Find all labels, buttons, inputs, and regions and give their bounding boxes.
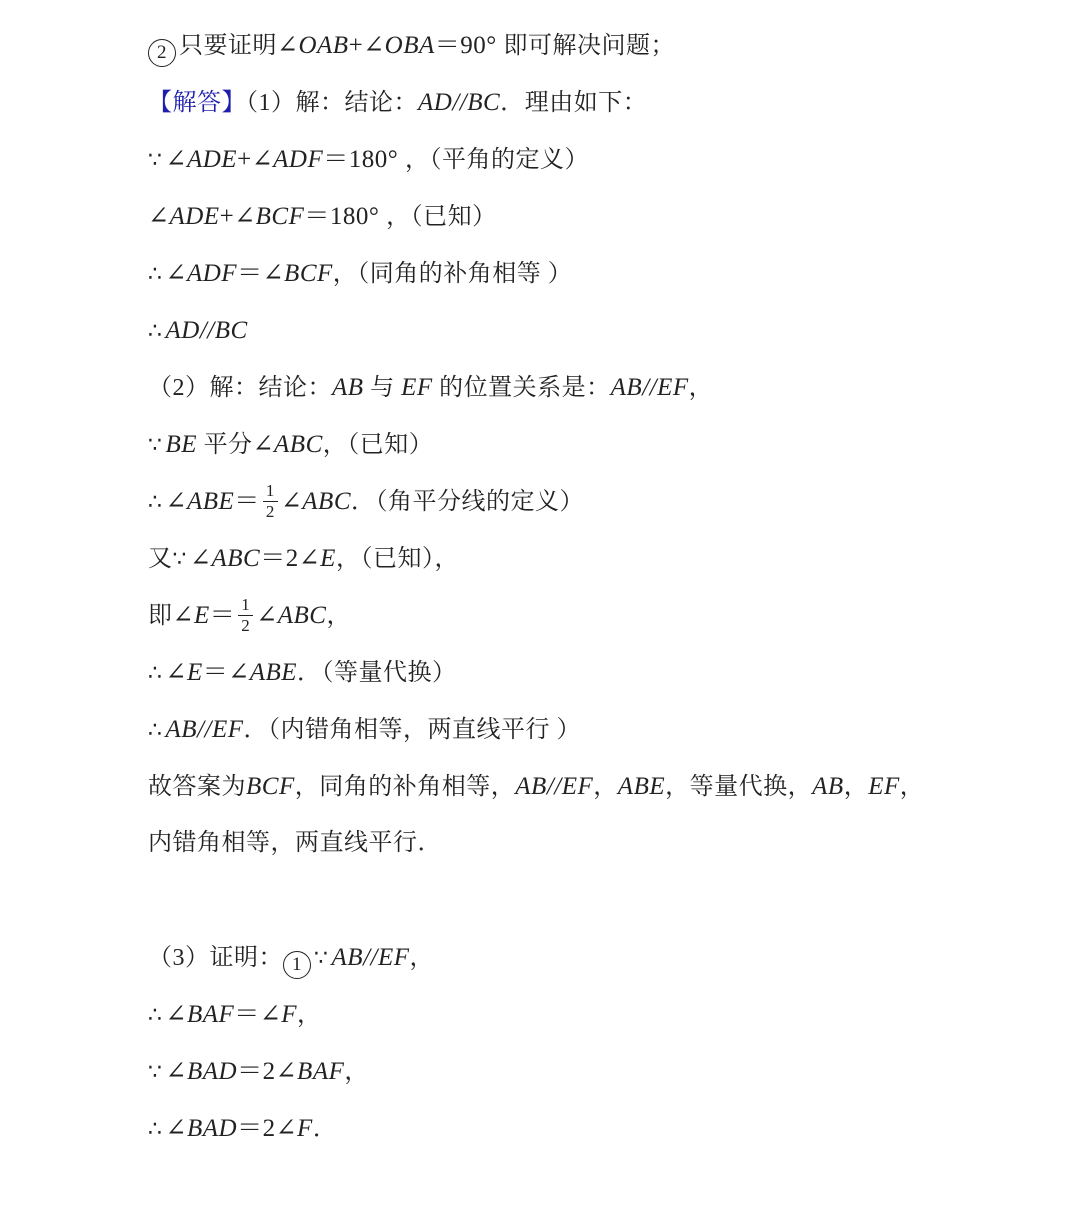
circled-number: 2 <box>148 39 176 67</box>
text-line: ∴∠BAF＝∠F， <box>148 986 1060 1043</box>
math-expression: ∠ADF＝∠BCF <box>166 260 333 287</box>
logic-symbol: ∵ <box>148 148 163 173</box>
logic-symbol: ∴ <box>148 490 163 515</box>
text-line: 内错角相等，两直线平行． <box>148 815 1060 872</box>
text-run: （1）解：结论： <box>246 90 418 116</box>
text-line: ∠ADE+∠BCF＝180° ，（已知） <box>148 188 1060 245</box>
math-expression: AB//EF <box>611 374 689 401</box>
logic-symbol: ∵ <box>173 547 188 572</box>
text-line: ∴AD//BC <box>148 302 1060 359</box>
text-line <box>148 872 1060 929</box>
math-expression: BCF <box>246 773 295 800</box>
math-expression: ∠E＝ <box>173 602 236 629</box>
text-run: 即可解决问题； <box>504 33 676 59</box>
answer-label: 【解答】 <box>148 90 246 116</box>
text-run: ， <box>593 774 618 800</box>
text-run: ，（同角的补角相等 ） <box>333 261 573 287</box>
math-expression: AB <box>332 374 364 401</box>
math-expression: ∠ABC＝2∠E <box>190 545 336 572</box>
text-run: ， <box>326 603 351 629</box>
logic-symbol: ∵ <box>148 433 163 458</box>
text-run: ．（内错角相等，两直线平行 ） <box>244 717 582 743</box>
text-run: 即 <box>148 603 173 629</box>
math-expression: BE <box>166 431 198 458</box>
logic-symbol: ∴ <box>148 718 163 743</box>
math-expression: ∠BAD＝2∠F <box>166 1115 313 1142</box>
text-line: ∴∠BAD＝2∠F． <box>148 1100 1060 1157</box>
text-line: 又∵∠ABC＝2∠E，（已知）， <box>148 530 1060 587</box>
document-page: 2只要证明∠OAB+∠OBA＝90° 即可解决问题；【解答】（1）解：结论：AD… <box>0 0 1080 1157</box>
text-line: ∵∠ADE+∠ADF＝180° ，（平角的定义） <box>148 131 1060 188</box>
text-run: 平分 <box>197 432 253 458</box>
text-run: （3）证明： <box>148 945 283 971</box>
text-run: ， <box>844 774 869 800</box>
text-line: ∵∠BAD＝2∠BAF， <box>148 1043 1060 1100</box>
text-run: ， <box>689 375 714 401</box>
math-expression: ∠ABC <box>281 488 351 515</box>
text-run: 只要证明 <box>179 33 277 59</box>
document-body: 2只要证明∠OAB+∠OBA＝90° 即可解决问题；【解答】（1）解：结论：AD… <box>148 17 1060 1157</box>
fraction: 12 <box>238 596 253 635</box>
text-line: ∴AB//EF．（内错角相等，两直线平行 ） <box>148 701 1060 758</box>
math-expression: ∠E＝∠ABE <box>166 659 298 686</box>
text-line: （3）证明：1∵AB//EF， <box>148 929 1060 986</box>
math-expression: AD//BC <box>166 317 248 344</box>
text-run: ， <box>900 774 925 800</box>
text-run: 的位置关系是： <box>433 375 611 401</box>
text-line: ∵BE 平分∠ABC，（已知） <box>148 416 1060 473</box>
text-run: ．理由如下： <box>500 90 647 116</box>
math-expression: EF <box>868 773 900 800</box>
text-line: （2）解：结论：AB 与 EF 的位置关系是：AB//EF， <box>148 359 1060 416</box>
math-expression: ∠ABC <box>256 602 326 629</box>
text-line: 故答案为BCF，同角的补角相等，AB//EF，ABE，等量代换，AB，EF， <box>148 758 1060 815</box>
text-line: ∴∠ADF＝∠BCF，（同角的补角相等 ） <box>148 245 1060 302</box>
circled-number: 1 <box>283 951 311 979</box>
text-line: 【解答】（1）解：结论：AD//BC．理由如下： <box>148 74 1060 131</box>
math-expression: ∠BAD＝2∠BAF <box>166 1058 345 1085</box>
logic-symbol: ∵ <box>314 946 329 971</box>
text-line: ∴∠E＝∠ABE．（等量代换） <box>148 644 1060 701</box>
logic-symbol: ∵ <box>148 1060 163 1085</box>
text-run: ，同角的补角相等， <box>295 774 516 800</box>
math-expression: ∠ABC <box>253 431 323 458</box>
math-expression: AB//EF <box>166 716 244 743</box>
text-run: ，等量代换， <box>665 774 812 800</box>
text-run: 内错角相等，两直线平行． <box>148 830 442 856</box>
text-run: 故答案为 <box>148 774 246 800</box>
text-run: ． <box>313 1116 338 1142</box>
math-expression: ABE <box>618 773 665 800</box>
math-expression: ∠ADE+∠ADF＝180° <box>166 146 406 173</box>
text-run: ， <box>410 945 435 971</box>
text-line: 即∠E＝12∠ABC， <box>148 587 1060 644</box>
logic-symbol: ∴ <box>148 262 163 287</box>
math-expression: ∠ADE+∠BCF＝180° <box>148 203 386 230</box>
text-run: 与 <box>364 375 402 401</box>
text-run: ．（角平分线的定义） <box>351 489 584 515</box>
text-run: ．（等量代换） <box>297 660 457 686</box>
text-run: （2）解：结论： <box>148 375 332 401</box>
logic-symbol: ∴ <box>148 319 163 344</box>
text-run: ， <box>297 1002 322 1028</box>
text-run: 又 <box>148 546 173 572</box>
fraction: 12 <box>263 482 278 521</box>
text-run: ，（已知） <box>386 204 497 230</box>
math-expression: AB//EF <box>332 944 410 971</box>
math-expression: AD//BC <box>418 89 500 116</box>
logic-symbol: ∴ <box>148 1117 163 1142</box>
math-expression: AB <box>812 773 844 800</box>
text-line: ∴∠ABE＝12∠ABC．（角平分线的定义） <box>148 473 1060 530</box>
logic-symbol: ∴ <box>148 1003 163 1028</box>
math-expression: ∠BAF＝∠F <box>166 1001 298 1028</box>
math-expression: ∠OAB+∠OBA＝90° <box>277 32 504 59</box>
text-run: ， <box>344 1059 369 1085</box>
math-expression: EF <box>401 374 433 401</box>
text-run: ，（已知）， <box>336 546 459 572</box>
text-run: ，（已知） <box>323 432 434 458</box>
math-expression: ∠ABE＝ <box>166 488 260 515</box>
text-run: ，（平角的定义） <box>405 147 589 173</box>
math-expression: AB//EF <box>515 773 593 800</box>
logic-symbol: ∴ <box>148 661 163 686</box>
text-line: 2只要证明∠OAB+∠OBA＝90° 即可解决问题； <box>148 17 1060 74</box>
